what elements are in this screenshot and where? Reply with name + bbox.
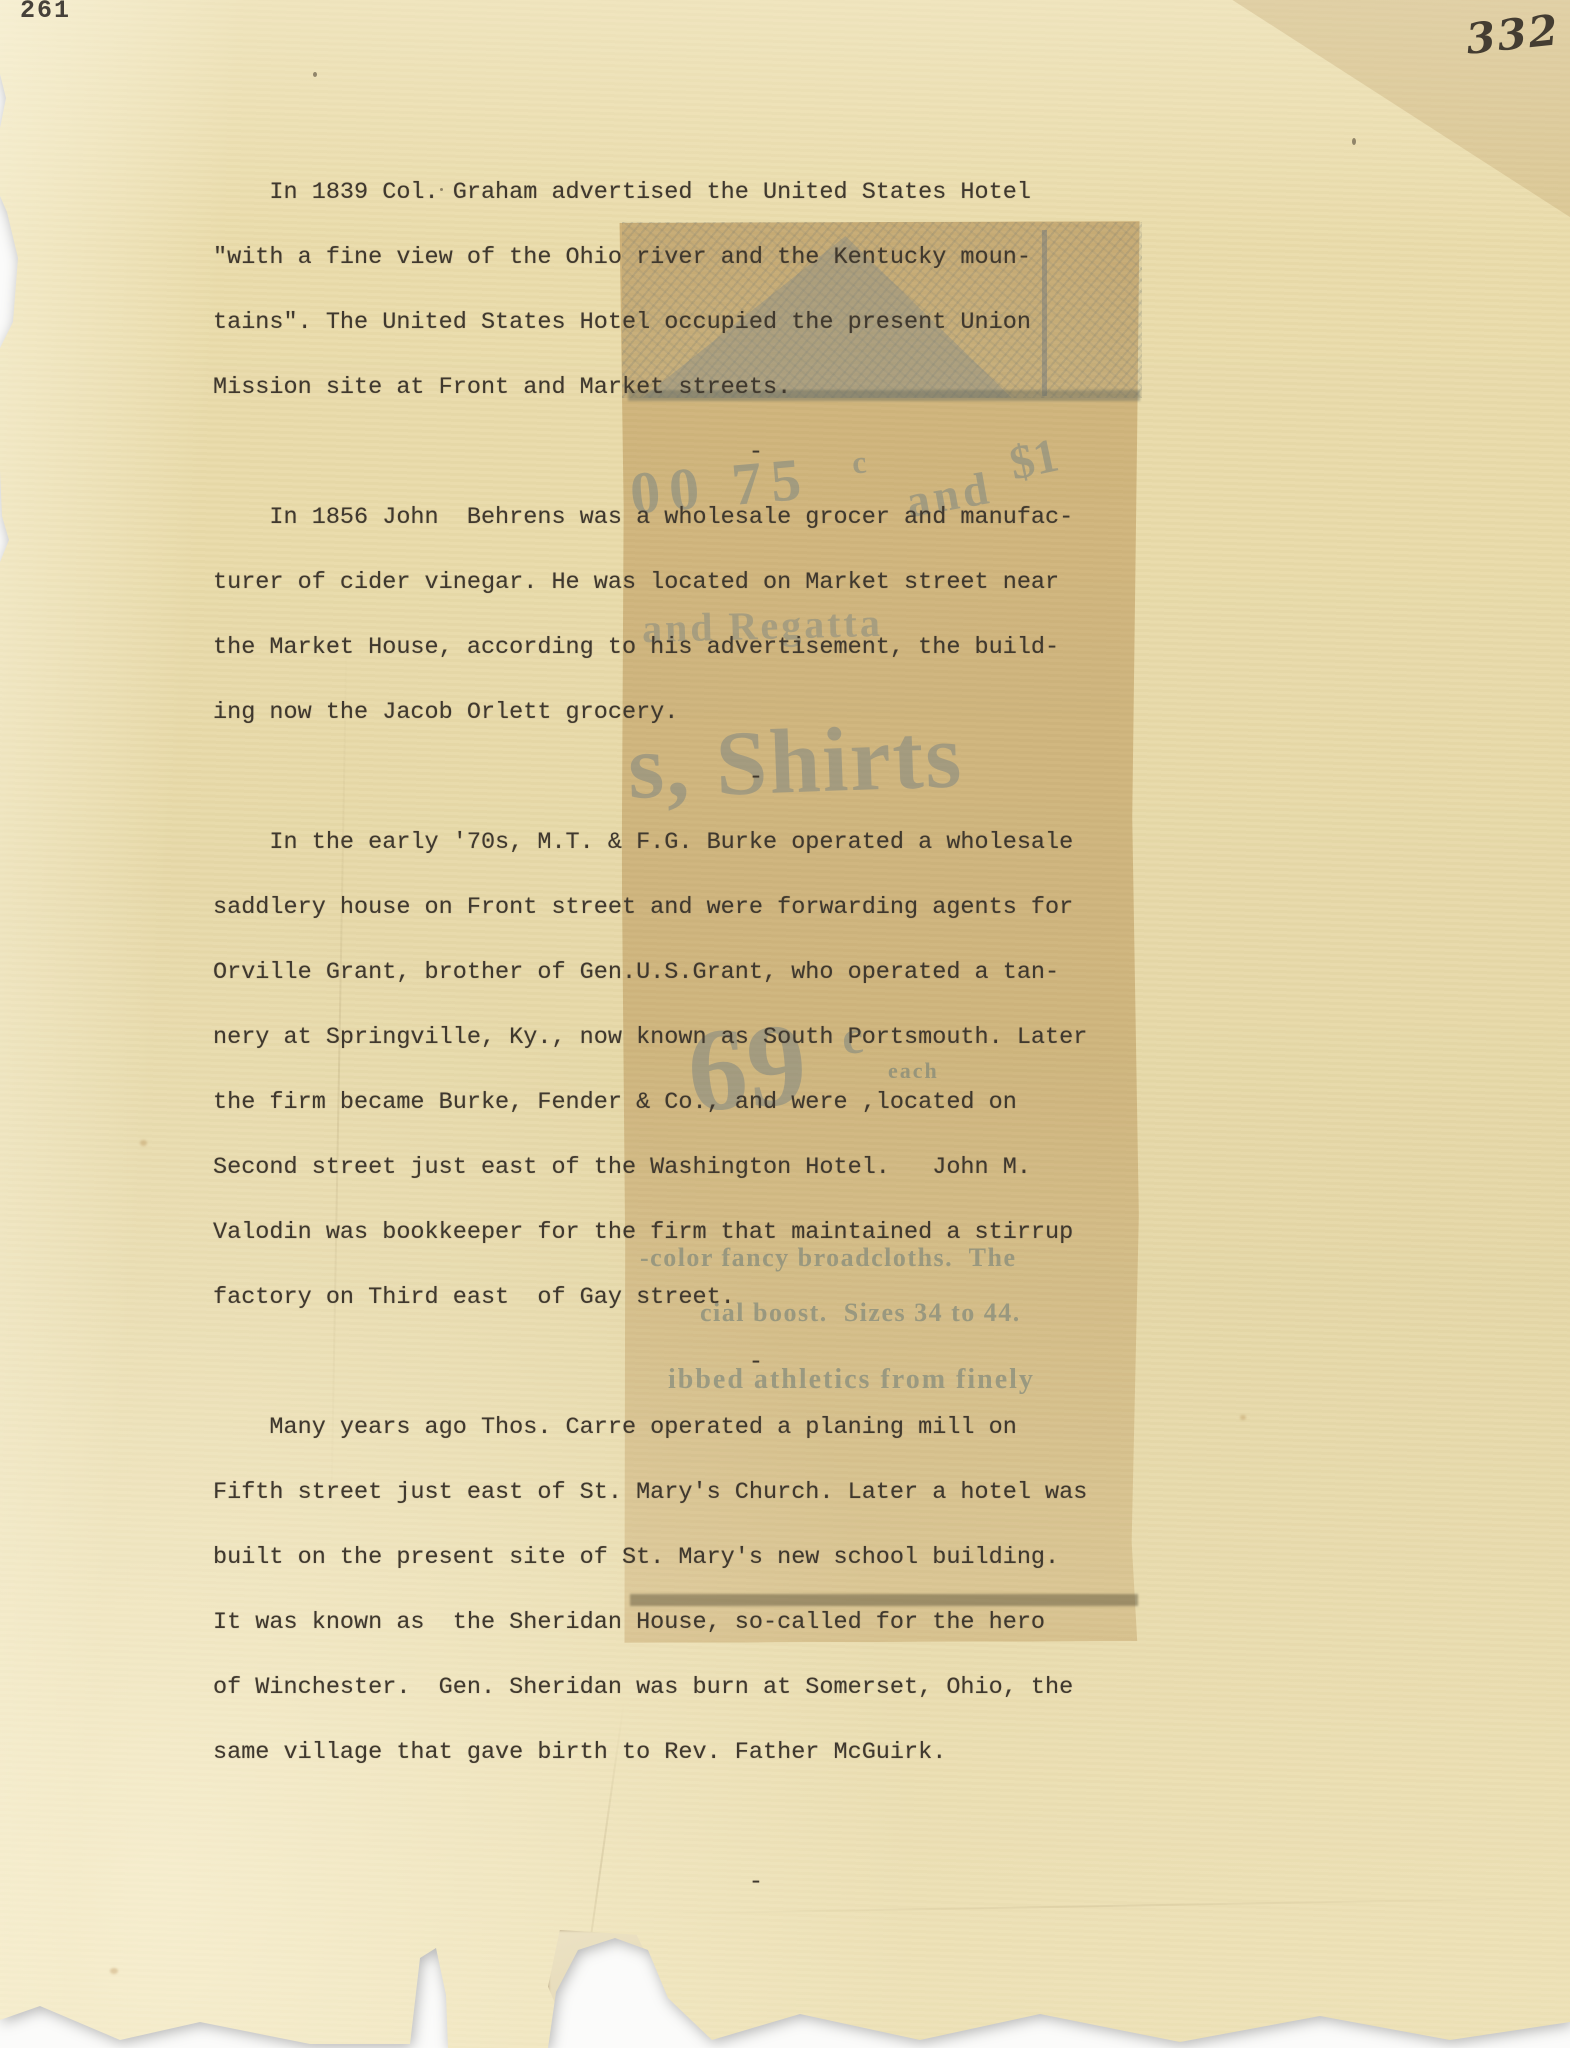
typed-line: In 1839 Col. Graham advertised the Unite… <box>213 160 1393 225</box>
typed-line: Mission site at Front and Market streets… <box>213 355 1393 420</box>
typed-line: In the early '70s, M.T. & F.G. Burke ope… <box>213 810 1393 875</box>
end-separator-dash: - <box>213 1850 1393 1915</box>
page-number-typed: 261 <box>20 0 71 25</box>
typed-line: nery at Springville, Ky., now known as S… <box>213 1005 1393 1070</box>
foxing-spot <box>140 1140 147 1146</box>
typed-line: In 1856 John Behrens was a wholesale gro… <box>213 485 1393 550</box>
typed-line: Valodin was bookkeeper for the firm that… <box>213 1200 1393 1265</box>
typed-line: Fifth street just east of St. Mary's Chu… <box>213 1460 1393 1525</box>
page-number-handwritten: 332 <box>1464 5 1562 64</box>
typed-line: Many years ago Thos. Carre operated a pl… <box>213 1395 1393 1460</box>
typed-line: turer of cider vinegar. He was located o… <box>213 550 1393 615</box>
typed-line: built on the present site of St. Mary's … <box>213 1525 1393 1590</box>
typed-line: the Market House, according to his adver… <box>213 615 1393 680</box>
typed-line: same village that gave birth to Rev. Fat… <box>213 1720 1393 1785</box>
typed-line: Orville Grant, brother of Gen.U.S.Grant,… <box>213 940 1393 1005</box>
blank-line <box>213 1785 1393 1850</box>
typed-line: ing now the Jacob Orlett grocery. <box>213 680 1393 745</box>
foxing-spot <box>110 1968 118 1974</box>
typed-line: factory on Third east of Gay street. <box>213 1265 1393 1330</box>
ink-speck <box>313 72 317 77</box>
typed-line: Second street just east of the Washingto… <box>213 1135 1393 1200</box>
torn-corner-flap <box>548 1930 666 2048</box>
paper-sheet: 00 75 c and $1 and Regatta s, Shirts 69 … <box>0 0 1570 2048</box>
ink-speck <box>1352 138 1356 145</box>
scanned-page: 00 75 c and $1 and Regatta s, Shirts 69 … <box>0 0 1570 2048</box>
typed-line: tains". The United States Hotel occupied… <box>213 290 1393 355</box>
typed-text-block: In 1839 Col. Graham advertised the Unite… <box>213 160 1393 1915</box>
paragraph-separator-dash: - <box>213 1330 1393 1395</box>
typed-line: "with a fine view of the Ohio river and … <box>213 225 1393 290</box>
paragraph-separator-dash: - <box>213 745 1393 810</box>
typed-line: saddlery house on Front street and were … <box>213 875 1393 940</box>
typed-line: It was known as the Sheridan House, so-c… <box>213 1590 1393 1655</box>
paragraph-separator-dash: - <box>213 420 1393 485</box>
typed-line: the firm became Burke, Fender & Co., and… <box>213 1070 1393 1135</box>
typed-line: of Winchester. Gen. Sheridan was burn at… <box>213 1655 1393 1720</box>
